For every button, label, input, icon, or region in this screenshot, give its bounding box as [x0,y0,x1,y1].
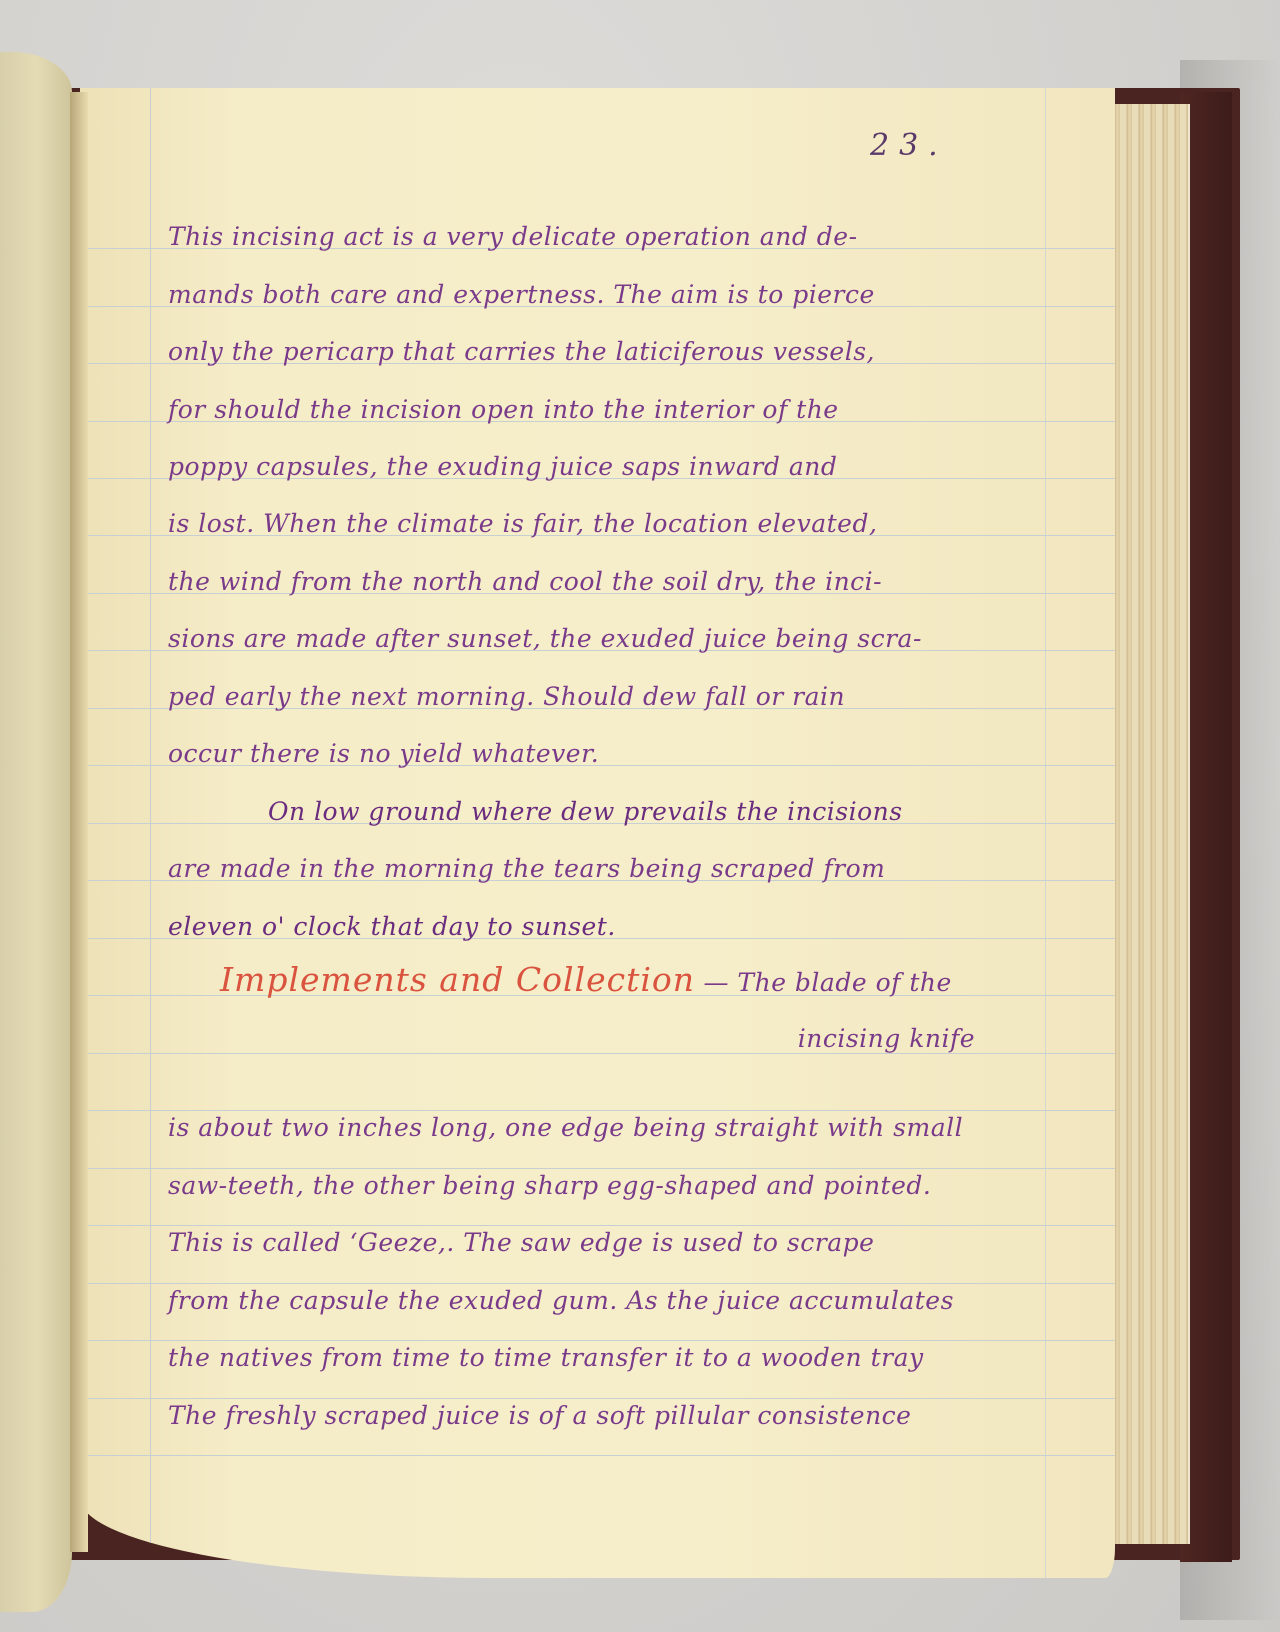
text-line: This incising act is a very delicate ope… [168,222,1055,251]
text-line: is lost. When the climate is fair, the l… [168,509,1055,538]
text-line: poppy capsules, the exuding juice saps i… [168,452,1055,481]
ruled-line [80,1110,1115,1111]
section-heading-line: Implements and Collection — The blade of… [220,960,1055,999]
heading-continuation: — The blade of the [703,968,951,997]
left-facing-page [0,52,72,1612]
text-line: The freshly scraped juice is of a soft p… [168,1401,1055,1430]
left-margin-rule [150,88,151,1578]
text-line-paragraph-start: On low ground where dew prevails the inc… [268,797,1055,826]
text-line: only the pericarp that carries the latic… [168,337,1055,366]
book-gutter [70,92,88,1552]
text-line: are made in the morning the tears being … [168,854,1055,883]
page-edges [1108,104,1190,1544]
text-line: is about two inches long, one edge being… [168,1113,1055,1142]
heading-subline: incising knife [798,1024,975,1053]
ruled-line [80,1283,1115,1284]
text-line: mands both care and expertness. The aim … [168,280,1055,309]
ruled-line [80,1340,1115,1341]
ruled-line [80,1168,1115,1169]
text-line: sions are made after sunset, the exuded … [168,624,1055,653]
text-line: the wind from the north and cool the soi… [168,567,1055,596]
text-line: the natives from time to time transfer i… [168,1343,1055,1372]
manuscript-page: 23. This incising act is a very delicate… [80,88,1115,1578]
page-number: 23. [870,128,948,163]
text-line: saw-teeth, the other being sharp egg-sha… [168,1171,1055,1200]
ruled-line [80,1398,1115,1399]
ruled-line [80,1053,1115,1054]
text-line: ped early the next morning. Should dew f… [168,682,1055,711]
section-heading: Implements and Collection [220,960,695,999]
ruled-line [80,1455,1115,1456]
ruled-line [80,1225,1115,1226]
text-line: for should the incision open into the in… [168,395,1055,424]
text-line: This is called ‘Geeze,. The saw edge is … [168,1228,1055,1257]
text-line: eleven o' clock that day to sunset. [168,912,1055,941]
text-line: from the capsule the exuded gum. As the … [168,1286,1055,1315]
text-line: occur there is no yield whatever. [168,739,1055,768]
